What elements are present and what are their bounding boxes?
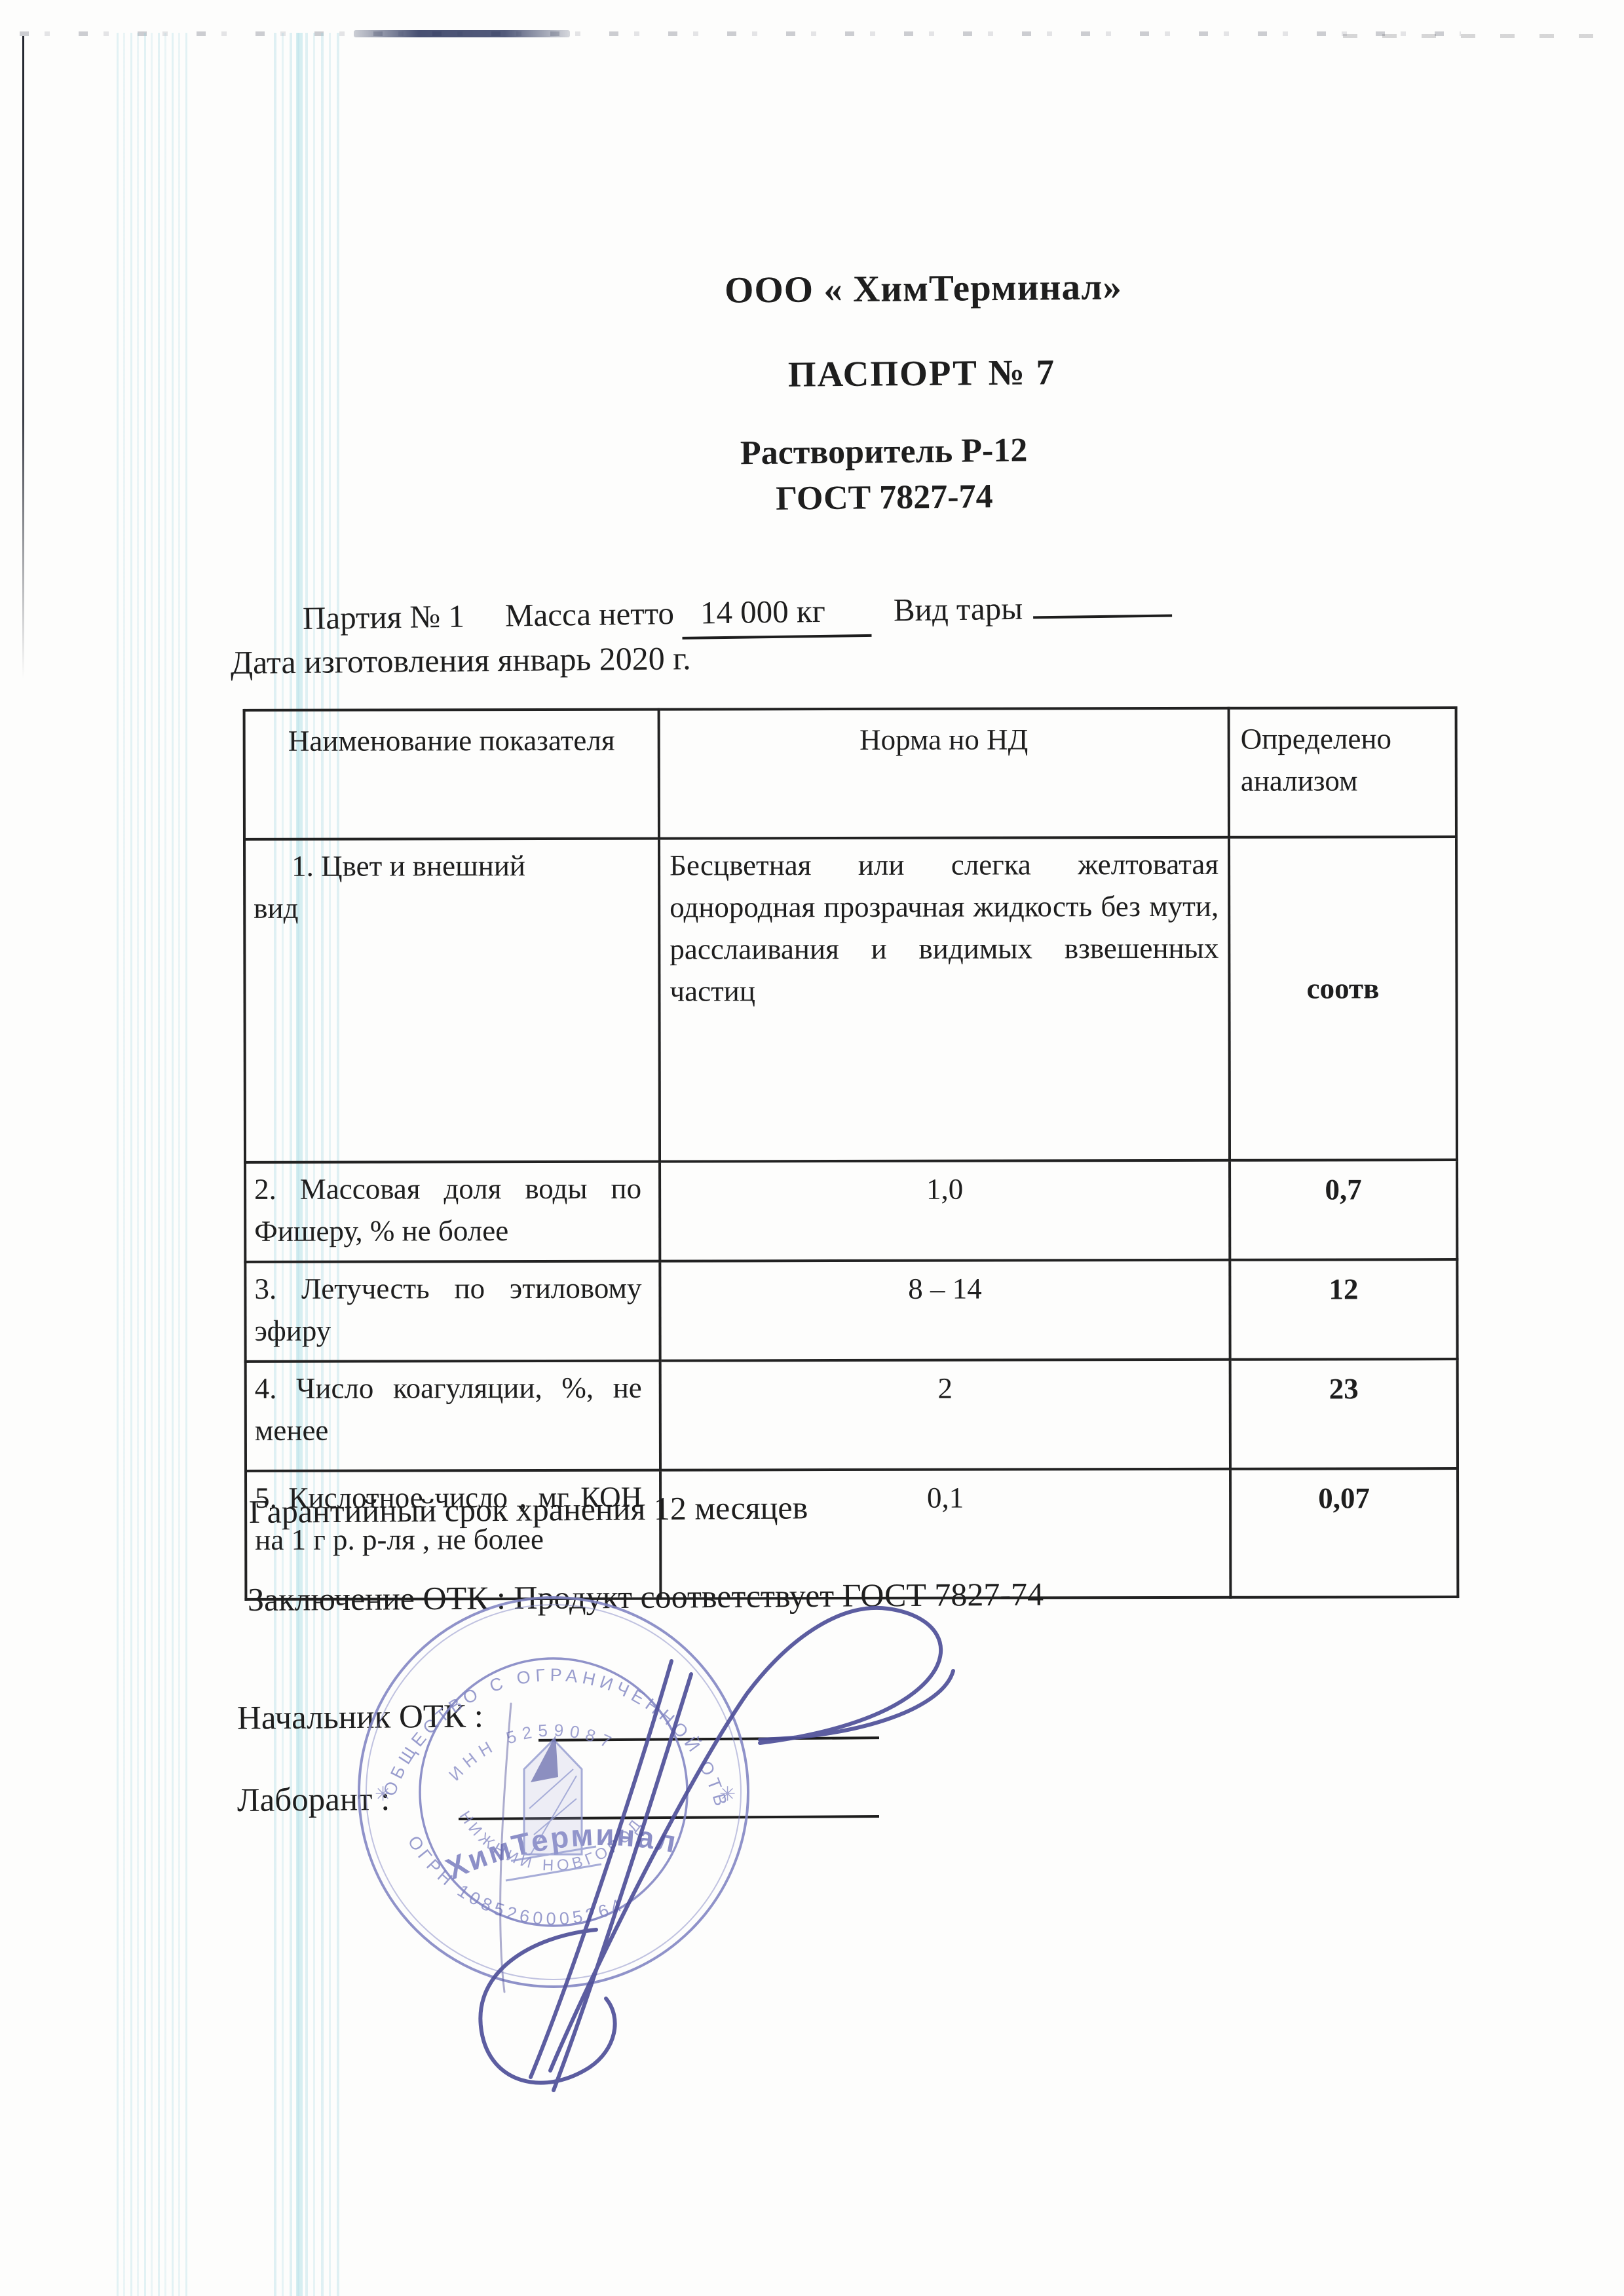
table-row: 3. Летучесть по этиловому эфиру8 – 1412 (245, 1259, 1457, 1362)
cell-parameter: 4. Число коагуляции, %, не менее (246, 1361, 660, 1471)
spec-table-body: 1. Цвет и внешний видБесцветная или слег… (244, 837, 1458, 1599)
header-result: Определено анализом (1229, 708, 1456, 837)
cell-result: 23 (1230, 1359, 1458, 1469)
cell-result: 0,7 (1230, 1160, 1457, 1260)
net-mass-value: 14 000 кг (682, 592, 872, 640)
company-stamp: ОБЩЕСТВО С ОГРАНИЧЕННОЙ ОТВЕТ ИНН 525908… (314, 1573, 970, 2136)
container-type-blank-line (1032, 577, 1172, 619)
stamp-graphic: ОБЩЕСТВО С ОГРАНИЧЕННОЙ ОТВЕТ ИНН 525908… (314, 1573, 970, 2136)
scanned-passport-document: ООО « ХимТерминал» ПАСПОРТ № 7 Растворит… (0, 0, 1624, 2296)
scan-artifact-cyan-streak-left (117, 33, 190, 2296)
cell-norm: 8 – 14 (660, 1260, 1230, 1361)
cell-parameter: 1. Цвет и внешний вид (244, 839, 660, 1162)
cell-norm: 1,0 (660, 1160, 1230, 1261)
header-parameter: Наименование показателя (244, 710, 659, 839)
cell-norm: Бесцветная или слегка желтоватая однород… (659, 837, 1230, 1162)
cell-result: 12 (1230, 1259, 1457, 1360)
batch-label: Партия № 1 (303, 598, 465, 636)
header-norm: Норма но НД (659, 708, 1229, 839)
table-row: 2. Массовая доля воды по Фишеру, % не бо… (245, 1160, 1457, 1262)
table-row: 1. Цвет и внешний видБесцветная или слег… (244, 837, 1457, 1162)
scan-artifact-top-dashes (1343, 34, 1618, 38)
cell-result: соотв (1229, 837, 1457, 1160)
table-row: 4. Число коагуляции, %, не менее223 (246, 1359, 1458, 1471)
product-block: Растворитель Р-12 ГОСТ 7827-74 (143, 421, 1624, 529)
container-type-label: Вид тары (893, 590, 1023, 628)
scan-artifact-top-dark-segment (354, 30, 570, 37)
spec-table: Наименование показателя Норма но НД Опре… (243, 706, 1460, 1601)
spec-table-header-row: Наименование показателя Норма но НД Опре… (244, 708, 1456, 839)
stamp-star-right: ✳ (719, 1784, 736, 1805)
scan-artifact-left-edge (22, 36, 24, 678)
cell-parameter: 3. Летучесть по этиловому эфиру (245, 1261, 660, 1362)
production-date: Дата изготовления январь 2020 г. (231, 639, 691, 681)
warranty-text: Гарантийный срок хранения 12 месяцев (249, 1488, 808, 1531)
stamp-star-left: ✳ (375, 1784, 391, 1805)
cell-result: 0,07 (1230, 1468, 1458, 1598)
scan-artifact-top-line (20, 31, 1461, 36)
spacer (464, 626, 505, 627)
company-name: ООО « ХимТерминал» (223, 261, 1624, 316)
net-mass-label: Масса нетто (505, 595, 675, 634)
cell-norm: 2 (660, 1360, 1230, 1470)
batch-line: Партия № 1Масса нетто14 000 кгВид тары (302, 577, 1172, 645)
passport-title: ПАСПОРТ № 7 (219, 347, 1624, 400)
cell-parameter: 2. Массовая доля воды по Фишеру, % не бо… (245, 1162, 660, 1262)
